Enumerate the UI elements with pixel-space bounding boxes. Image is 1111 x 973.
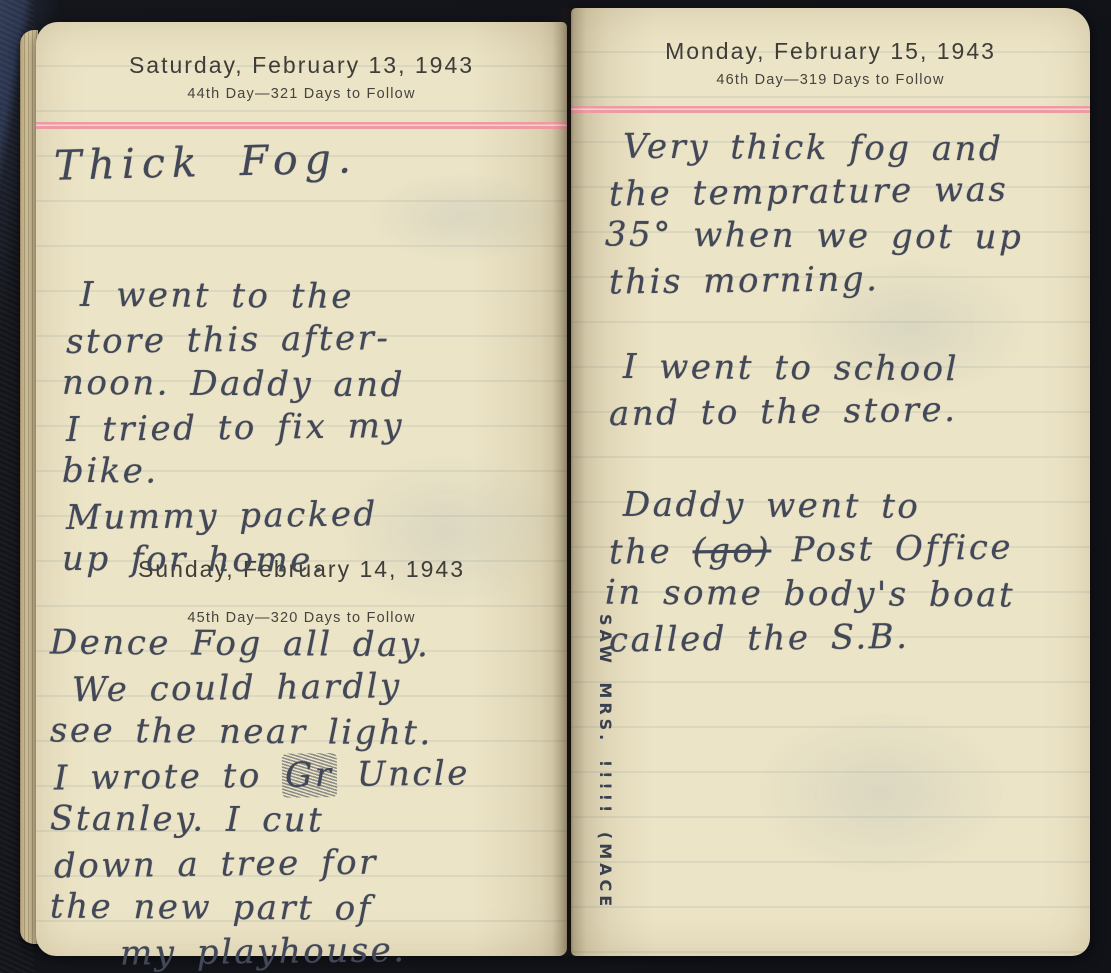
handwritten-line: in some body's boat [605, 571, 1015, 618]
line-segment: I wrote to [54, 756, 262, 799]
saturday-day-count: 44th Day—321 Days to Follow [36, 86, 567, 102]
handwritten-line: noon. Daddy and [62, 361, 405, 407]
handwritten-line-with-strikeout: I wrote to Gr Uncle [54, 751, 470, 800]
handwritten-line: I went to the [62, 273, 405, 319]
handwritten-line: I tried to fix my [66, 404, 409, 452]
line-segment: Uncle [357, 753, 471, 794]
handwritten-line: bike. [62, 449, 405, 495]
saturday-date-title: Saturday, February 13, 1943 [36, 52, 567, 79]
handwritten-line: up for home. [62, 537, 405, 583]
pink-rule-left [36, 122, 567, 129]
handwritten-line: We could hardly [54, 663, 470, 712]
right-page: Monday, February 15, 1943 46th Day—319 D… [571, 8, 1090, 956]
scribbled-out-word: (go) [692, 530, 771, 571]
handwritten-line: I went to school [605, 345, 959, 391]
handwritten-line: my playhouse. [54, 927, 470, 973]
scribbled-out-word: Gr [282, 753, 337, 798]
monday-date-title: Monday, February 15, 1943 [571, 38, 1090, 65]
saturday-headline: Thick Fog. [53, 134, 358, 189]
handwritten-line: Mummy packed [66, 492, 409, 540]
handwritten-line: Stanley. I cut [50, 797, 466, 844]
pink-rule-right [571, 106, 1090, 113]
handwritten-line: called the S.B. [609, 613, 1020, 662]
handwritten-line: store this after- [66, 316, 409, 364]
diary-book: Saturday, February 13, 1943 44th Day—321… [0, 0, 1111, 973]
bleed-through-smudge [751, 708, 1011, 878]
monday-entry-paragraph-3: Daddy went to the (go) Post Office in so… [605, 484, 1015, 660]
handwritten-line-with-strikeout: the (go) Post Office [609, 525, 1020, 574]
handwritten-line: the temprature was [609, 167, 1028, 216]
handwritten-line: the new part of [50, 885, 466, 932]
handwritten-line: and to the store. [609, 388, 963, 436]
monday-entry-paragraph-1: Very thick fog and the temprature was 35… [605, 126, 1023, 302]
bleed-through-smudge [366, 172, 556, 262]
line-segment: Post Office [791, 528, 1013, 571]
left-page: Saturday, February 13, 1943 44th Day—321… [36, 22, 567, 956]
monday-entry-paragraph-2: I went to school and to the store. [605, 346, 959, 434]
line-segment: the [609, 532, 673, 573]
handwritten-line: down a tree for [54, 839, 470, 888]
handwritten-line: see the near light. [50, 709, 466, 756]
handwritten-line: Daddy went to [605, 483, 1015, 530]
sunday-entry: Dence Fog all day. We could hardly see t… [50, 622, 466, 973]
gutter-margin-note: SAW MRS. !!!!! (MACE [596, 614, 615, 910]
monday-day-count: 46th Day—319 Days to Follow [571, 72, 1090, 88]
saturday-entry: I went to the store this after- noon. Da… [62, 274, 405, 582]
handwritten-line: this morning. [609, 255, 1028, 304]
handwritten-line: Very thick fog and [605, 125, 1024, 172]
handwritten-line: 35° when we got up [605, 213, 1024, 260]
handwritten-line: Dence Fog all day. [50, 621, 466, 668]
